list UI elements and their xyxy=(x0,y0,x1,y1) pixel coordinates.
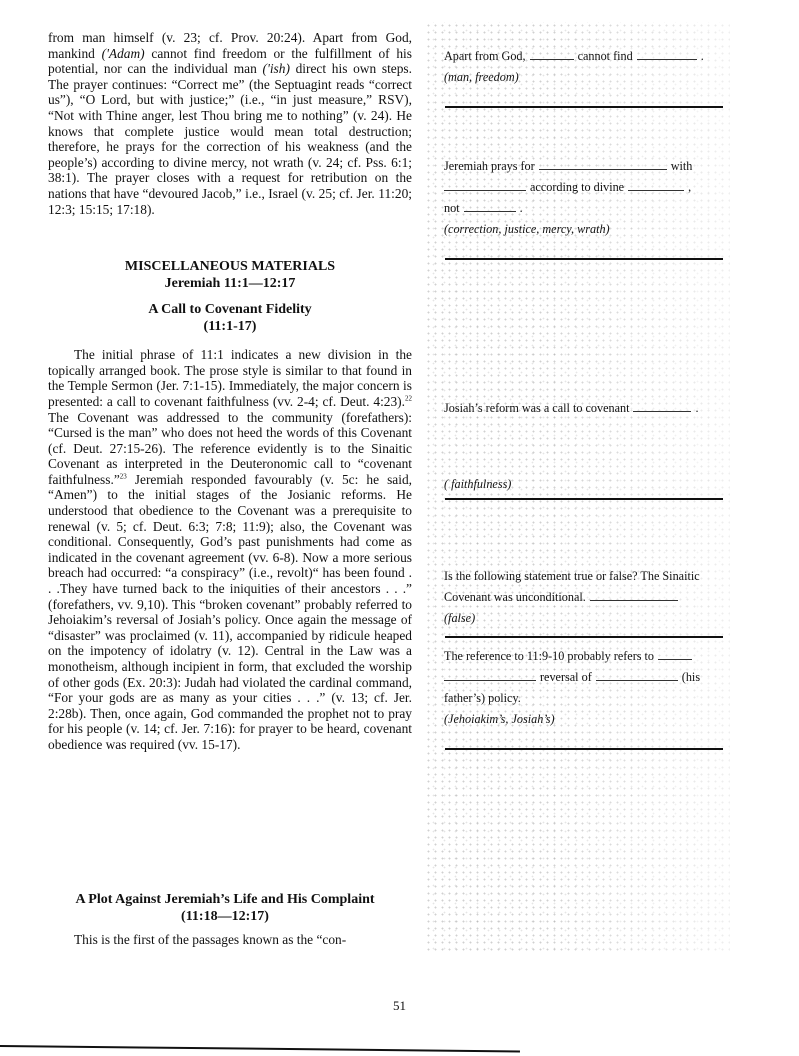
answer-key: (correction, justice, mercy, wrath) xyxy=(444,222,610,236)
answer-key: (Jehoiakim’s, Josiah’s) xyxy=(444,712,555,726)
question-text: according to divine xyxy=(530,180,624,194)
question-text: Jeremiah prays for xyxy=(444,159,535,173)
divider-rule xyxy=(445,106,723,108)
question-text: not xyxy=(444,201,460,215)
text-span: direct his own steps. The prayer continu… xyxy=(48,61,412,216)
answer-blank[interactable] xyxy=(590,599,678,601)
scan-edge-rule xyxy=(0,1045,520,1052)
answer-key: ( faithfulness) xyxy=(444,477,511,491)
answer-blank[interactable] xyxy=(633,410,691,412)
question-text: . xyxy=(520,201,523,215)
margin-question-3: Josiah’s reform was a call to covenant. xyxy=(444,398,722,419)
section-heading: MISCELLANEOUS MATERIALS xyxy=(48,259,412,276)
answer-blank[interactable] xyxy=(539,168,667,170)
question-text: , xyxy=(688,180,691,194)
answer-blank[interactable] xyxy=(444,679,536,681)
footnote-ref: 23 xyxy=(120,472,127,480)
question-text: . xyxy=(701,49,704,63)
footnote-ref: 22 xyxy=(405,394,412,402)
paragraph-prayer-continued: from man himself (v. 23; cf. Prov. 20:24… xyxy=(48,30,412,217)
divider-rule xyxy=(445,498,723,500)
subsection-reference: (11:1-17) xyxy=(48,319,412,336)
question-text: reversal of xyxy=(540,670,592,684)
plot-heading: A Plot Against Jeremiah’s Life and His C… xyxy=(38,892,412,925)
question-text: . xyxy=(695,401,698,415)
answer-key: (false) xyxy=(444,611,475,625)
text-span: Jeremiah responded favourably (v. 5c: he… xyxy=(48,472,412,752)
paragraph-plot-intro: This is the first of the passages known … xyxy=(48,932,412,948)
divider-rule xyxy=(445,748,723,750)
margin-question-4: Is the following statement true or false… xyxy=(444,566,722,629)
answer-blank[interactable] xyxy=(658,658,692,660)
plot-title: A Plot Against Jeremiah’s Life and His C… xyxy=(38,892,412,909)
hebrew-term-ish: ('ish) xyxy=(263,61,290,76)
divider-rule xyxy=(445,636,723,638)
margin-question-5: The reference to 11:9-10 probably refers… xyxy=(444,646,722,730)
question-text: Apart from God, xyxy=(444,49,526,63)
margin-question-1: Apart from God,cannot find. (man, freedo… xyxy=(444,46,722,88)
plot-reference: (11:18—12:17) xyxy=(38,909,412,926)
margin-answer-3: ( faithfulness) xyxy=(444,474,722,495)
hebrew-term-adam: ('Adam) xyxy=(102,46,145,61)
margin-question-2: Jeremiah prays forwith according to divi… xyxy=(444,156,722,240)
text-span: The initial phrase of 11:1 indicates a n… xyxy=(48,347,412,409)
main-text-column: from man himself (v. 23; cf. Prov. 20:24… xyxy=(48,30,412,753)
answer-blank[interactable] xyxy=(637,58,697,60)
answer-blank[interactable] xyxy=(530,58,574,60)
section-subheading: Jeremiah 11:1—12:17 xyxy=(48,276,412,293)
answer-blank[interactable] xyxy=(628,189,684,191)
answer-blank[interactable] xyxy=(596,679,678,681)
page-number: 51 xyxy=(0,998,799,1014)
question-text: The reference to 11:9-10 probably refers… xyxy=(444,649,654,663)
answer-blank[interactable] xyxy=(464,210,516,212)
subsection-title: A Call to Covenant Fidelity xyxy=(48,302,412,319)
question-text: cannot find xyxy=(578,49,633,63)
answer-blank[interactable] xyxy=(444,189,526,191)
paragraph-covenant-fidelity: The initial phrase of 11:1 indicates a n… xyxy=(48,347,412,752)
divider-rule xyxy=(445,258,723,260)
question-text: with xyxy=(671,159,693,173)
answer-key: (man, freedom) xyxy=(444,70,519,84)
question-text: Josiah’s reform was a call to covenant xyxy=(444,401,629,415)
